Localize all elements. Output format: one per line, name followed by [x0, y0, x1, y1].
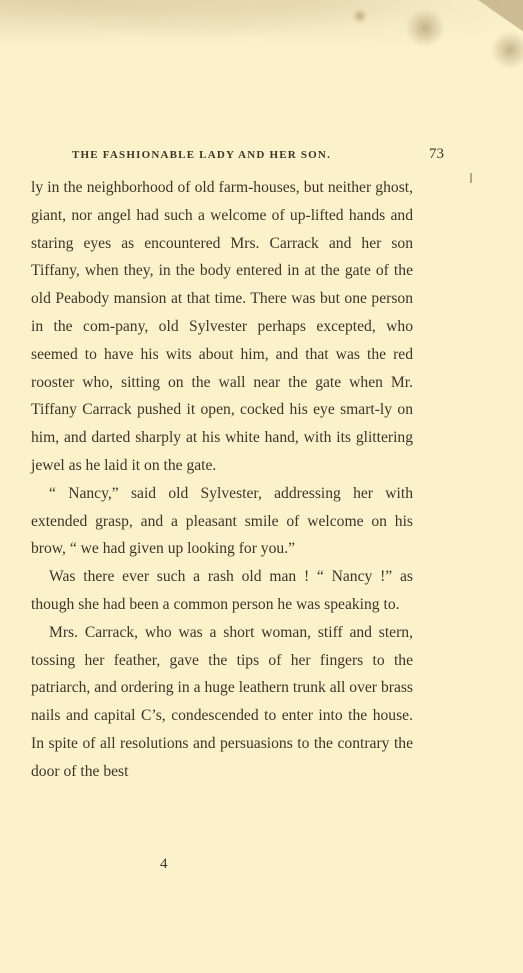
running-head: THE FASHIONABLE LADY AND HER SON. 73 — [72, 146, 444, 163]
page-number: 73 — [429, 146, 444, 163]
running-title: THE FASHIONABLE LADY AND HER SON. — [72, 149, 331, 161]
margin-mark — [470, 173, 472, 183]
foxing-spot — [490, 30, 523, 70]
paragraph-4: Mrs. Carrack, who was a short woman, sti… — [31, 619, 413, 786]
paragraph-3: Was there ever such a rash old man ! “ N… — [31, 563, 413, 619]
paragraph-1: ly in the neighborhood of old farm-house… — [31, 174, 413, 480]
foxing-spot — [352, 8, 368, 24]
signature-mark: 4 — [160, 856, 168, 873]
body-text: ly in the neighborhood of old farm-house… — [31, 174, 413, 786]
foxing-spot — [405, 8, 445, 48]
paragraph-2: “ Nancy,” said old Sylvester, addressing… — [31, 480, 413, 563]
